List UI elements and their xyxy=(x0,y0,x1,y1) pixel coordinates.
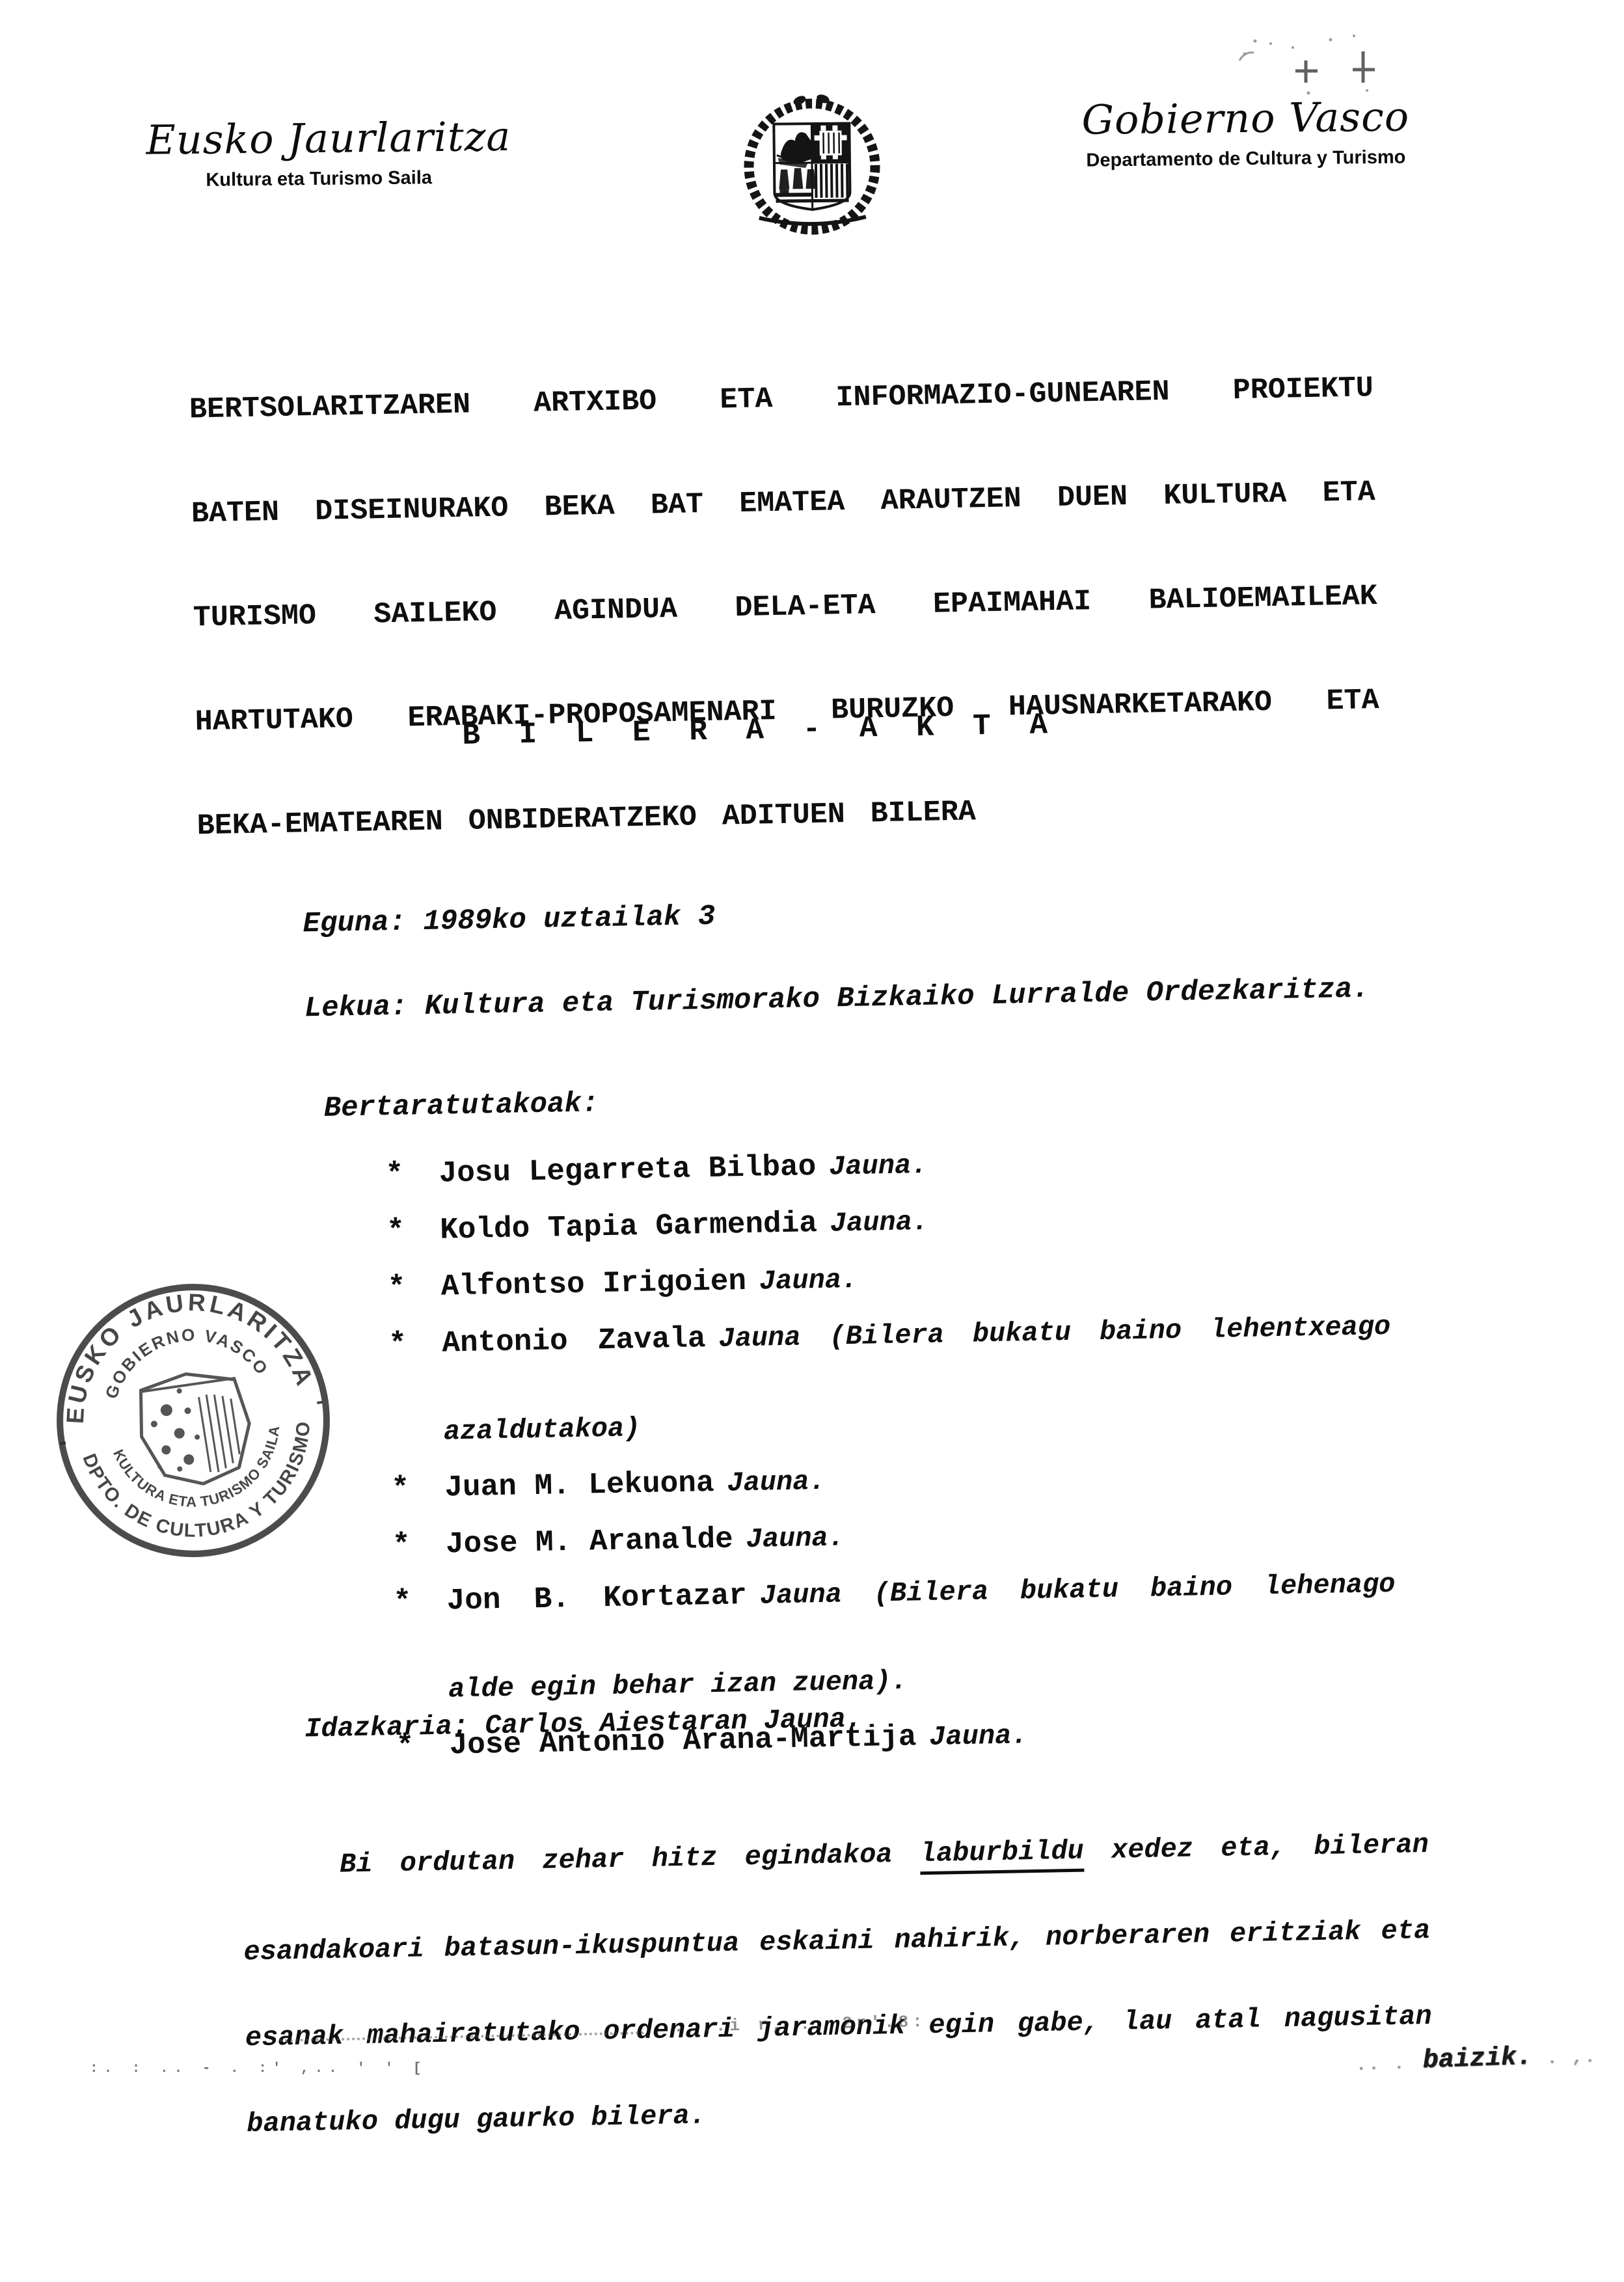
attendee-title: Jauna. xyxy=(829,1150,928,1183)
ink-smudge-bottom-left: :. : .. - . :' ,.. ' ' [ xyxy=(90,2061,427,2076)
attendee-name: Alfontso Irigoien xyxy=(440,1264,746,1304)
attendee-title: Jauna. xyxy=(746,1522,845,1555)
place-label: Lekua: xyxy=(304,990,407,1025)
attendee-row: *Josu Legarreta BilbaoJauna. xyxy=(385,1141,1388,1191)
smudged-word-baizik: baizik. xyxy=(1422,2043,1532,2076)
attendee-row: *Juan M. LekuonaJauna. xyxy=(391,1455,1394,1506)
attendee-note-continuation: azaldutakoa) xyxy=(390,1399,1392,1449)
attendee-row: *Antonio ZavalaJauna (Bilera bukatu bain… xyxy=(388,1311,1392,1393)
attendee-note-continuation: alde egin behar izan zuena). xyxy=(395,1657,1398,1707)
attendee-title: Jauna. xyxy=(830,1206,928,1240)
bullet-asterisk: * xyxy=(391,1473,445,1505)
attendees-list: *Josu Legarreta BilbaoJauna. *Koldo Tapi… xyxy=(385,1141,1398,1787)
attendees-heading: Bertaratutakoak: xyxy=(323,1087,599,1125)
bullet-asterisk: * xyxy=(387,1271,441,1304)
document-title: BERTSOLARITZAREN ARTXIBO ETA INFORMAZIO-… xyxy=(189,362,1381,852)
date-label: Eguna: xyxy=(303,906,406,941)
attendee-name: Jon B. Kortazar xyxy=(446,1579,747,1618)
scanned-document-page: Eusko Jaurlaritza Kultura eta Turismo Sa… xyxy=(0,0,1624,2282)
typed-content: BERTSOLARITZAREN ARTXIBO ETA INFORMAZIO-… xyxy=(0,0,1624,2282)
stamp-center-emblem xyxy=(133,1365,257,1492)
bullet-asterisk: * xyxy=(385,1158,439,1191)
attendee-name: Koldo Tapia Garmendia xyxy=(440,1206,818,1247)
place-field: Lekua: Kultura eta Turismorako Bizkaiko … xyxy=(304,973,1370,1025)
attendee-title: Jauna. xyxy=(759,1264,858,1297)
attendee-name: Antonio Zavala xyxy=(442,1322,706,1360)
attendee-name: Jose M. Aranalde xyxy=(446,1522,734,1561)
paragraph-line: Bi ordutan zehar hitz egindakoa laburbil… xyxy=(242,1830,1429,1911)
smudge-dots: . ,. xyxy=(1547,2049,1599,2069)
attendee-title: Jauna. xyxy=(929,1720,1028,1753)
attendee-row: *Alfontso IrigoienJauna. xyxy=(387,1254,1390,1305)
attendee-title: Jauna (Bilera bukatu baino lehentxeago xyxy=(718,1311,1390,1355)
smudge-dots: .. . xyxy=(1357,2056,1408,2075)
attendee-title: Jauna. xyxy=(727,1466,826,1499)
paragraph-line: banatuko dugu gaurko bilera. xyxy=(247,2087,1434,2139)
bullet-asterisk: * xyxy=(388,1328,442,1361)
underlined-word: laburbildu xyxy=(919,1836,1084,1875)
bullet-asterisk: * xyxy=(393,1586,447,1618)
official-round-stamp: EUSKO JAURLARITZA GOBIERNO VASCO KULTURA… xyxy=(21,1249,366,1593)
attendee-name: Josu Legarreta Bilbao xyxy=(439,1150,817,1191)
bullet-asterisk: * xyxy=(392,1529,446,1562)
attendee-row: *Jon B. KortazarJauna (Bilera bukatu bai… xyxy=(393,1568,1396,1651)
secretary-label: Idazkaria: xyxy=(304,1711,469,1745)
date-field: Eguna: 1989ko uztailak 3 xyxy=(303,901,716,941)
attendee-row: *Koldo Tapia GarmendiaJauna. xyxy=(386,1197,1389,1248)
pencil-marks-top-right xyxy=(1233,23,1409,101)
attendee-row: *Jose M. AranaldeJauna. xyxy=(392,1512,1395,1562)
paragraph-text: Bi ordutan zehar hitz egindakoa xyxy=(340,1838,921,1880)
attendee-name: Juan M. Lekuona xyxy=(444,1466,714,1505)
attendee-title: Jauna (Bilera bukatu baino lehenago xyxy=(759,1569,1395,1612)
date-value: 1989ko uztailak 3 xyxy=(423,901,716,938)
body-paragraph: Bi ordutan zehar hitz egindakoa laburbil… xyxy=(242,1830,1435,2165)
paragraph-line: esandakoari batasun-ikuspuntua eskaini n… xyxy=(243,1916,1431,1997)
place-value: Kultura eta Turismorako Bizkaiko Lurrald… xyxy=(424,973,1370,1023)
stamp-separator-left: - xyxy=(57,1429,68,1454)
paragraph-text: xedez eta, bileran xyxy=(1083,1829,1429,1867)
bullet-asterisk: * xyxy=(386,1215,440,1247)
